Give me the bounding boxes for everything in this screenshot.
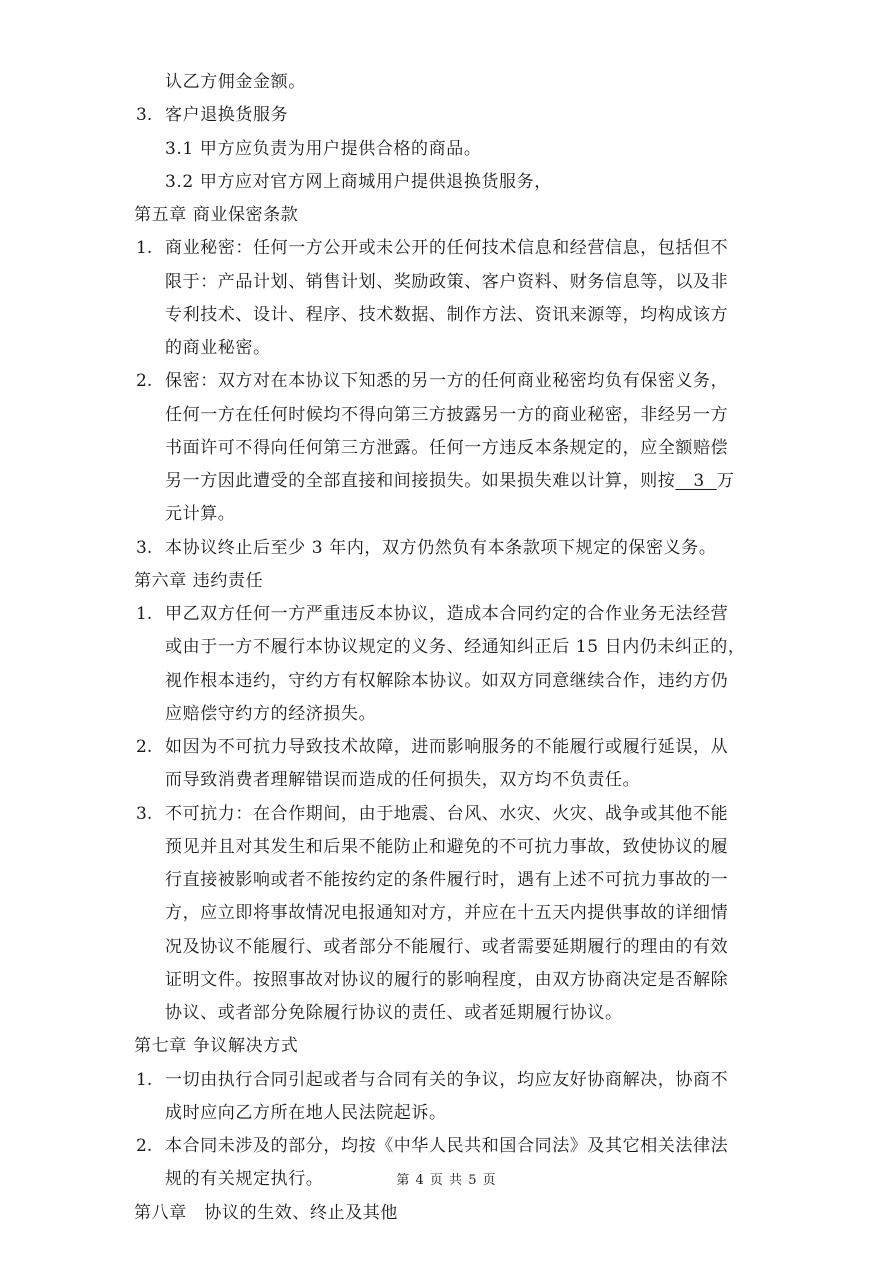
clause-line: 专利技术、设计、程序、技术数据、制作方法、资讯来源等，均构成该方	[165, 305, 728, 325]
list-item-number: 2.	[136, 737, 152, 757]
clause-line: 任何一方在任何时候均不得向第三方披露另一方的商业秘密，非经另一方	[165, 405, 728, 425]
line-text: 本合同未涉及的部分，均按《中华人民共和国合同法》及其它相关法律法	[165, 1136, 728, 1156]
clause-line: 或由于一方不履行本协议规定的义务、经通知纠正后 15 日内仍未纠正的，	[165, 637, 745, 657]
line-text: 本协议终止后至少 3 年内，双方仍然负有本条款项下规定的保密义务。	[165, 538, 716, 558]
line-text: 应赔偿守约方的经济损失。	[165, 704, 376, 724]
sub-clause-line: 3.1 甲方应负责为用户提供合格的商品。	[165, 139, 481, 159]
clause-line: 成时应向乙方所在地人民法院起诉。	[165, 1103, 447, 1123]
line-text: 第七章 争议解决方式	[134, 1036, 298, 1056]
chapter-heading: 第七章 争议解决方式	[134, 1036, 298, 1056]
clause-line: 的商业秘密。	[165, 338, 271, 358]
clause-line: 保密：双方对在本协议下知悉的另一方的任何商业秘密均负有保密义务，	[165, 371, 728, 391]
line-text: 方，应立即将事故情况电报通知对方，并应在十五天内提供事故的详细情	[165, 903, 728, 923]
line-text: 第六章 违约责任	[134, 571, 263, 591]
clause-line: 行直接被影响或者不能按约定的条件履行时，遇有上述不可抗力事故的一	[165, 870, 728, 890]
clause-line: 视作根本违约，守约方有权解除本协议。如双方同意继续合作，违约方仍	[165, 671, 728, 691]
clause-line: 方，应立即将事故情况电报通知对方，并应在十五天内提供事故的详细情	[165, 903, 728, 923]
line-text: 认乙方佣金金额。	[165, 72, 306, 92]
line-text: 甲乙双方任何一方严重违反本协议，造成本合同约定的合作业务无法经营	[165, 604, 728, 624]
line-text: 而导致消费者理解错误而造成的任何损失，双方均不负责任。	[165, 770, 640, 790]
list-item-number: 1.	[136, 238, 152, 258]
clause-line: 另一方因此遭受的全部直接和间接损失。如果损失难以计算，则按 3 万	[165, 471, 734, 491]
line-text: 书面许可不得向任何第三方泄露。任何一方违反本条规定的，应全额赔偿	[165, 438, 728, 458]
chapter-heading: 第八章 协议的生效、终止及其他	[134, 1203, 398, 1223]
line-text: 商业秘密：任何一方公开或未公开的任何技术信息和经营信息，包括但不	[165, 238, 728, 258]
list-item-number: 2.	[136, 371, 152, 391]
line-text: 况及协议不能履行、或者部分不能履行、或者需要延期履行的理由的有效	[165, 937, 728, 957]
line-text: 3.2 甲方应对官方网上商城用户提供退换货服务，	[165, 172, 552, 192]
list-item-number: 3.	[136, 804, 152, 824]
clause-line: 认乙方佣金金额。	[165, 72, 306, 92]
line-text: 的商业秘密。	[165, 338, 271, 358]
clause-line: 限于：产品计划、销售计划、奖励政策、客户资料、财务信息等，以及非	[165, 272, 728, 292]
sub-clause-line: 3.2 甲方应对官方网上商城用户提供退换货服务，	[165, 172, 552, 192]
clause-line: 协议、或者部分免除履行协议的责任、或者延期履行协议。	[165, 1003, 623, 1023]
line-suffix: 万	[717, 471, 735, 491]
clause-line: 商业秘密：任何一方公开或未公开的任何技术信息和经营信息，包括但不	[165, 238, 728, 258]
line-text: 3.1 甲方应负责为用户提供合格的商品。	[165, 139, 481, 159]
line-text: 成时应向乙方所在地人民法院起诉。	[165, 1103, 447, 1123]
line-text: 视作根本违约，守约方有权解除本协议。如双方同意继续合作，违约方仍	[165, 671, 728, 691]
clause-line: 预见并且对其发生和后果不能防止和避免的不可抗力事故，致使协议的履	[165, 837, 728, 857]
line-text: 或由于一方不履行本协议规定的义务、经通知纠正后 15 日内仍未纠正的，	[165, 637, 745, 657]
document-page: 认乙方佣金金额。3.客户退换货服务3.1 甲方应负责为用户提供合格的商品。3.2…	[0, 0, 893, 1263]
list-item-number: 3.	[136, 105, 152, 125]
clause-line: 本合同未涉及的部分，均按《中华人民共和国合同法》及其它相关法律法	[165, 1136, 728, 1156]
clause-line: 如因为不可抗力导致技术故障，进而影响服务的不能履行或履行延误，从	[165, 737, 728, 757]
line-text: 预见并且对其发生和后果不能防止和避免的不可抗力事故，致使协议的履	[165, 837, 728, 857]
list-item-number: 2.	[136, 1136, 152, 1156]
list-item-number: 1.	[136, 1070, 152, 1090]
line-text: 专利技术、设计、程序、技术数据、制作方法、资讯来源等，均构成该方	[165, 305, 728, 325]
clause-line: 甲乙双方任何一方严重违反本协议，造成本合同约定的合作业务无法经营	[165, 604, 728, 624]
line-text: 元计算。	[165, 504, 235, 524]
list-item-number: 1.	[136, 604, 152, 624]
clause-line: 况及协议不能履行、或者部分不能履行、或者需要延期履行的理由的有效	[165, 937, 728, 957]
line-text: 另一方因此遭受的全部直接和间接损失。如果损失难以计算，则按	[165, 471, 675, 491]
clause-line: 书面许可不得向任何第三方泄露。任何一方违反本条规定的，应全额赔偿	[165, 438, 728, 458]
line-text: 客户退换货服务	[165, 105, 288, 125]
line-text: 任何一方在任何时候均不得向第三方披露另一方的商业秘密，非经另一方	[165, 405, 728, 425]
clause-line: 本协议终止后至少 3 年内，双方仍然负有本条款项下规定的保密义务。	[165, 538, 716, 558]
line-text: 一切由执行合同引起或者与合同有关的争议，均应友好协商解决，协商不	[165, 1070, 728, 1090]
clause-line: 一切由执行合同引起或者与合同有关的争议，均应友好协商解决，协商不	[165, 1070, 728, 1090]
clause-line: 不可抗力：在合作期间，由于地震、台风、水灾、火灾、战争或其他不能	[165, 804, 728, 824]
list-item-number: 3.	[136, 538, 152, 558]
line-text: 协议、或者部分免除履行协议的责任、或者延期履行协议。	[165, 1003, 623, 1023]
line-text: 证明文件。按照事故对协议的履行的影响程度，由双方协商决定是否解除	[165, 970, 728, 990]
line-text: 行直接被影响或者不能按约定的条件履行时，遇有上述不可抗力事故的一	[165, 870, 728, 890]
line-text: 限于：产品计划、销售计划、奖励政策、客户资料、财务信息等，以及非	[165, 272, 728, 292]
clause-line: 证明文件。按照事故对协议的履行的影响程度，由双方协商决定是否解除	[165, 970, 728, 990]
clause-line: 应赔偿守约方的经济损失。	[165, 704, 376, 724]
page-footer: 第 4 页 共 5 页	[0, 1173, 893, 1189]
line-text: 第五章 商业保密条款	[134, 205, 298, 225]
clause-line: 元计算。	[165, 504, 235, 524]
chapter-heading: 第六章 违约责任	[134, 571, 263, 591]
chapter-heading: 第五章 商业保密条款	[134, 205, 298, 225]
line-text: 保密：双方对在本协议下知悉的另一方的任何商业秘密均负有保密义务，	[165, 371, 728, 391]
line-text: 如因为不可抗力导致技术故障，进而影响服务的不能履行或履行延误，从	[165, 737, 728, 757]
line-text: 不可抗力：在合作期间，由于地震、台风、水灾、火灾、战争或其他不能	[165, 804, 728, 824]
clause-line: 而导致消费者理解错误而造成的任何损失，双方均不负责任。	[165, 770, 640, 790]
line-text: 第八章 协议的生效、终止及其他	[134, 1203, 398, 1223]
filled-blank-amount: 3	[675, 471, 716, 491]
clause-line: 客户退换货服务	[165, 105, 288, 125]
